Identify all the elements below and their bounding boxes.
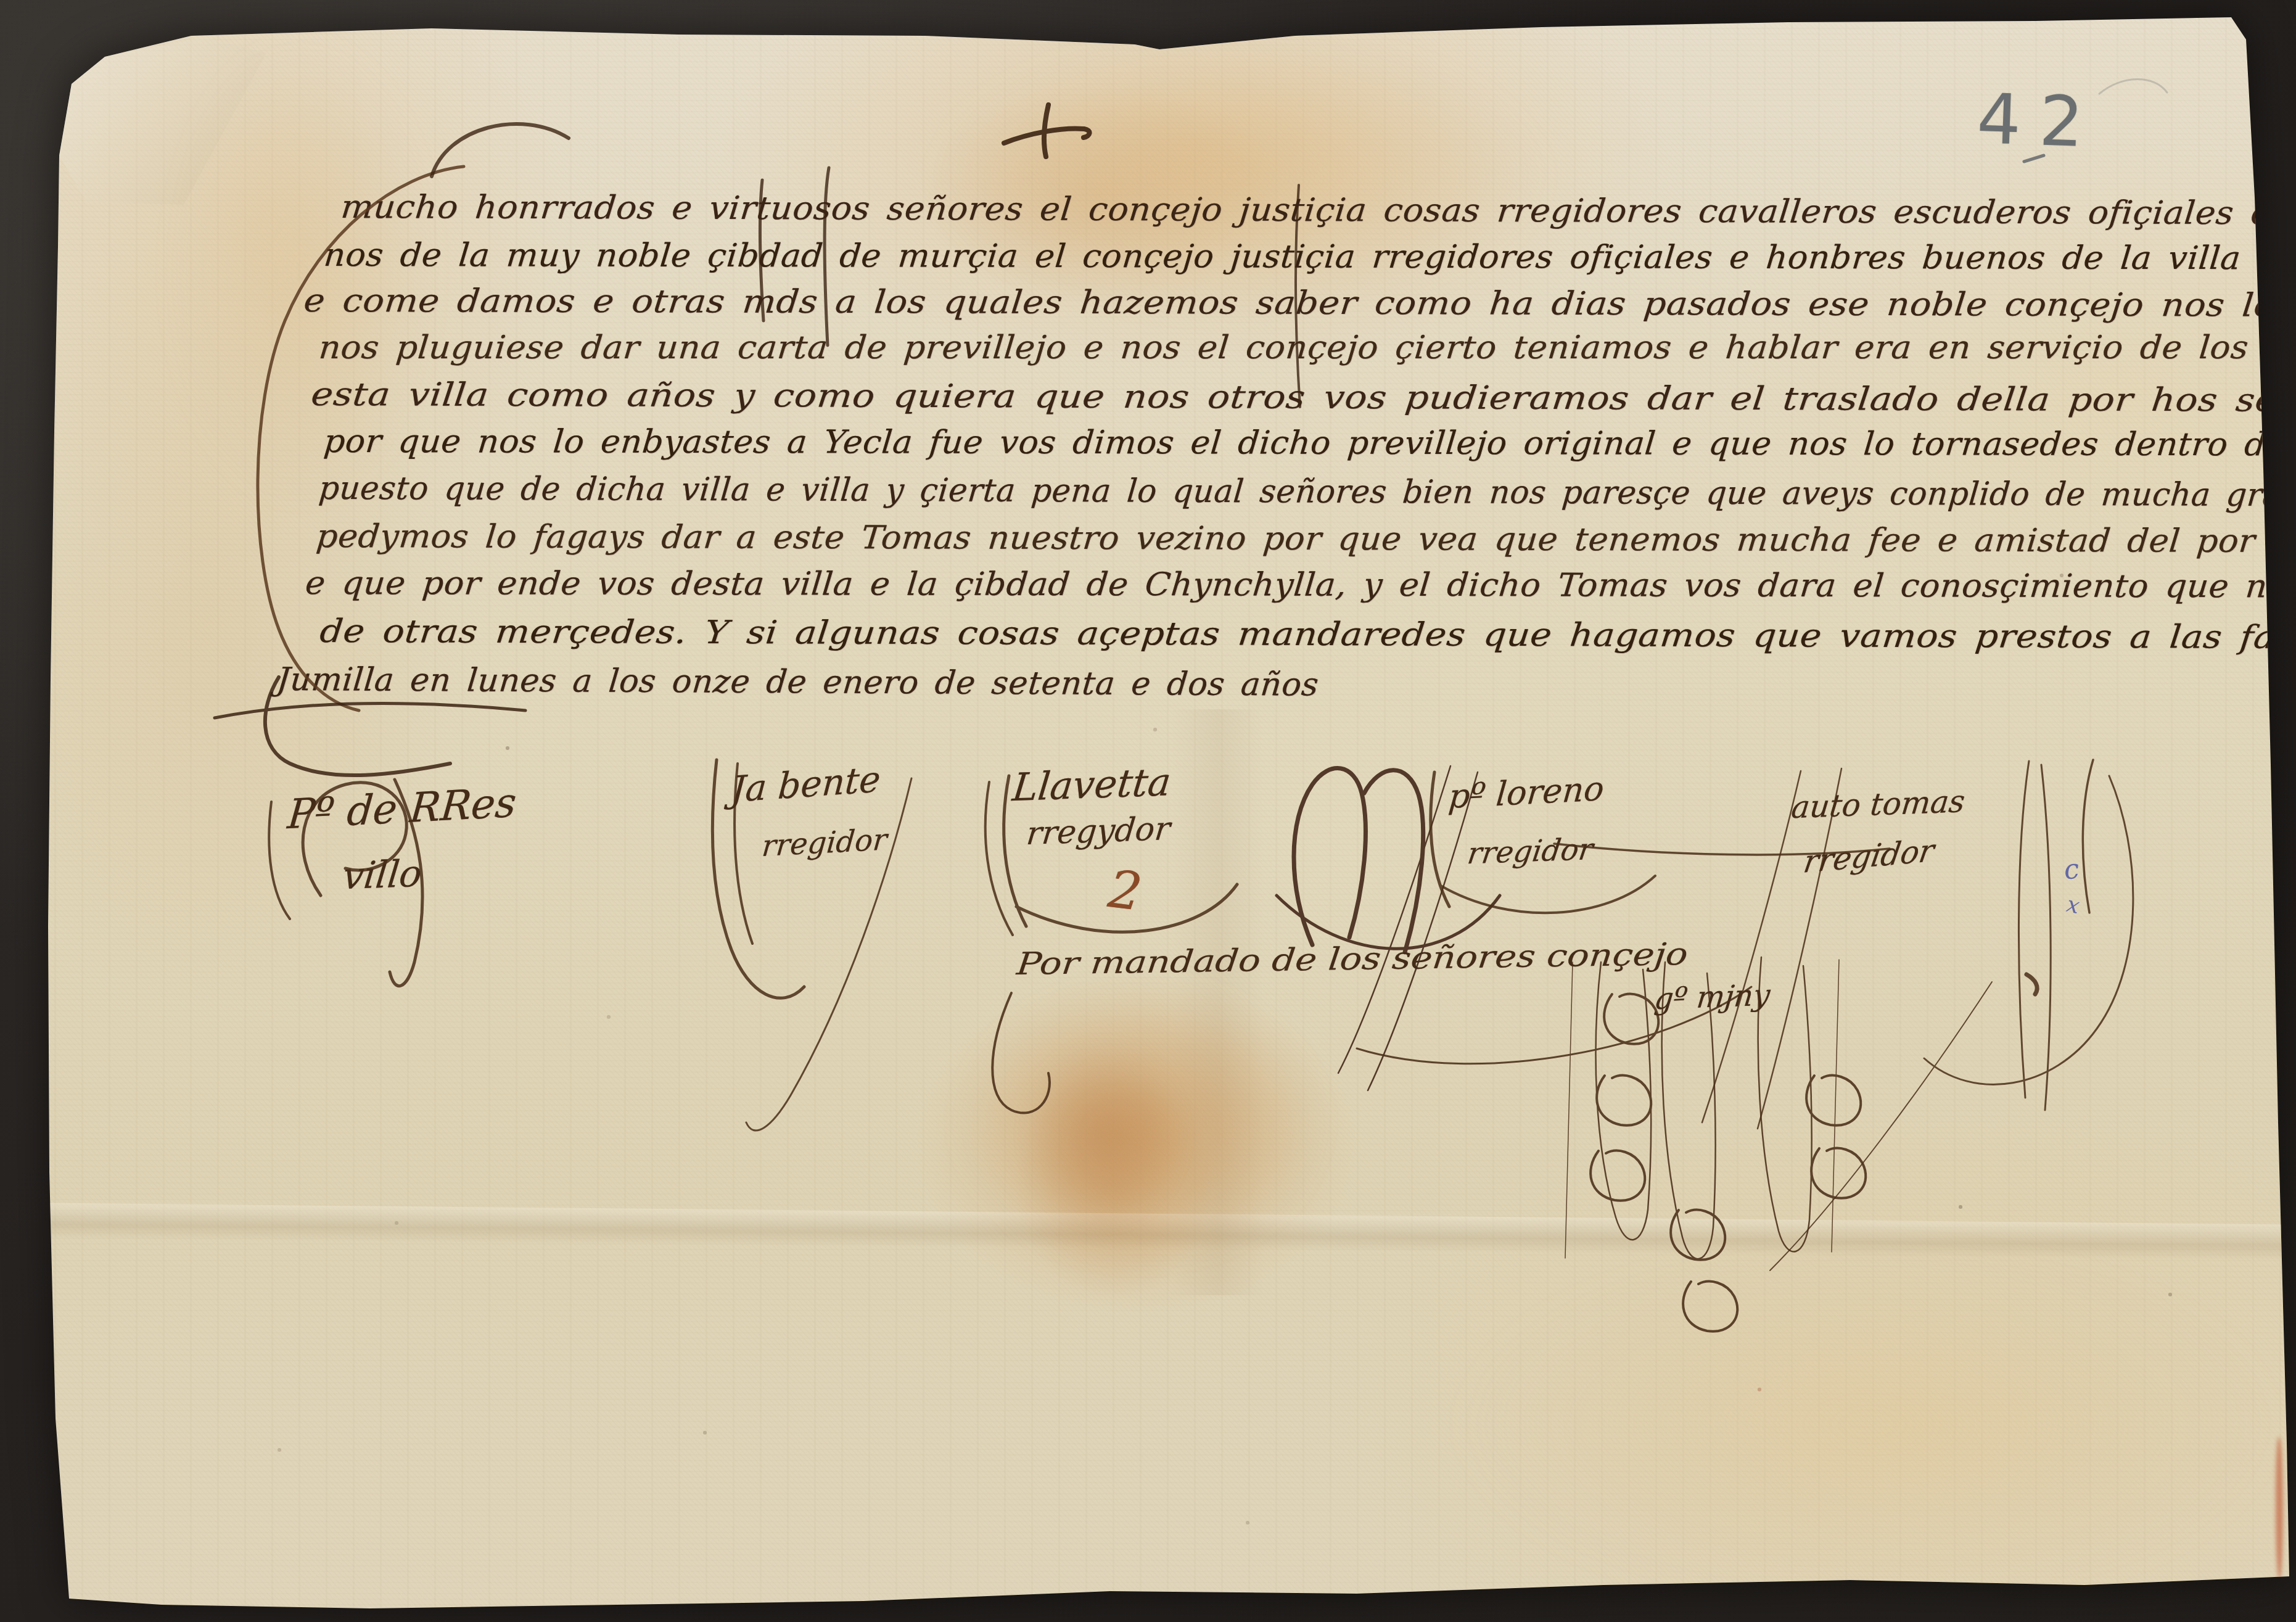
manuscript-line: Jumilla en lunes a los onze de enero de … xyxy=(275,661,1320,704)
scribe-initials: gº mjny xyxy=(1653,978,1772,1016)
archival-photo-background: 42 c x mucho honrrados e virtuosos señor… xyxy=(0,0,2296,1622)
manuscript-line: e come damos e otras mds a los quales ha… xyxy=(302,282,2296,325)
signature-2-name: Ja bente xyxy=(730,758,882,810)
fold-crease xyxy=(43,1203,2288,1261)
signature-2-title: rregidor xyxy=(760,822,889,863)
manuscript-line: nos de la muy noble çibdad de murçia el … xyxy=(322,237,2296,278)
manuscript-line: mucho honrrados e virtuosos señores el c… xyxy=(339,189,2296,233)
signature-3-name: Llavetta xyxy=(1010,759,1173,810)
stain-bottom-right xyxy=(1468,1258,2269,1591)
signature-1-surname: villo xyxy=(341,852,424,899)
manuscript-line: por que nos lo enbyastes a Yecla fue vos… xyxy=(322,423,2296,464)
blue-margin-mark-c: c xyxy=(2062,853,2081,886)
manuscript-line: pedymos lo fagays dar a este Tomas nuest… xyxy=(315,518,2296,561)
signature-3-title: rregydor xyxy=(1025,810,1172,852)
manuscript-line: e que por ende vos desta villa e la çibd… xyxy=(303,565,2296,606)
red-edge-mark-middle xyxy=(2278,955,2287,1047)
stain-center-core xyxy=(1024,1042,1184,1227)
stain-center xyxy=(962,987,1320,1258)
signature-5-name: auto tomas xyxy=(1790,783,1967,825)
signature-4-title: rregidor xyxy=(1465,832,1595,871)
signature-1-name: Pº de RRes xyxy=(286,779,518,839)
paper-specks xyxy=(0,0,1,1)
torn-corner-crease xyxy=(0,0,321,234)
vertical-fold-shade xyxy=(1172,709,1264,1295)
blue-margin-mark-x: x xyxy=(2064,892,2081,919)
signature-5-title: rregidor xyxy=(1801,833,1937,880)
signature-2-rubric xyxy=(712,760,911,1130)
folio-number: 42 xyxy=(1975,79,2103,163)
invocation-cross-icon xyxy=(1004,105,1090,157)
manuscript-line: esta villa como años y como quiera que n… xyxy=(310,376,2296,420)
scribe-attestation-line: Por mandado de los señores conçejo xyxy=(1015,936,1690,982)
red-edge-mark-top xyxy=(2271,184,2277,202)
pencil-faint-arc xyxy=(2099,79,2167,94)
red-edge-mark-bottom xyxy=(2276,1437,2283,1579)
manuscript-line: de otras merçedes. Y si algunas cosas aç… xyxy=(318,613,2296,657)
signature-3-number-mark: 2 xyxy=(1105,858,1145,923)
manuscript-line: nos pluguiese dar una carta de previllej… xyxy=(317,329,2296,366)
manuscript-line: puesto que de dicha villa e villa y çier… xyxy=(318,470,2296,515)
signature-4-name: pº loreno xyxy=(1447,769,1605,817)
manuscript-sheet-wrap: 42 c x mucho honrrados e virtuosos señor… xyxy=(0,0,2296,1622)
manuscript-sheet: 42 c x mucho honrrados e virtuosos señor… xyxy=(0,0,2296,1622)
